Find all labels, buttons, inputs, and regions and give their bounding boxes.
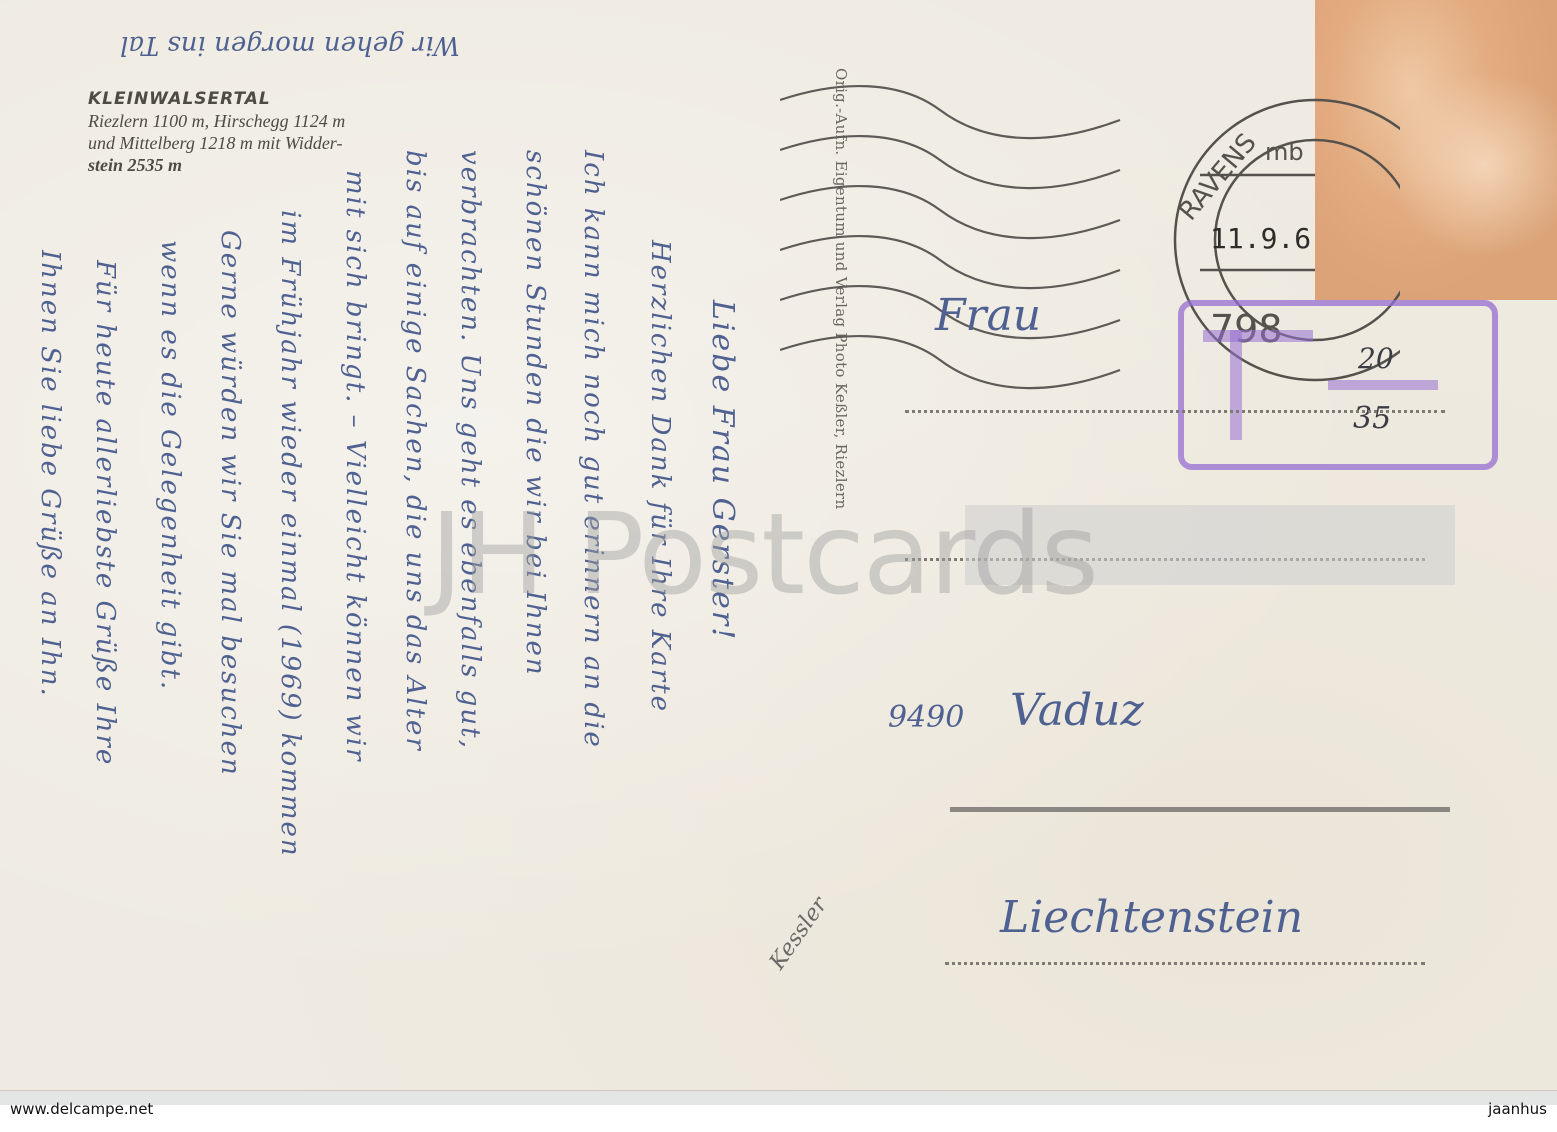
source-label-right: jaanhus	[1488, 1100, 1547, 1118]
photographer-signature: Kessler	[765, 893, 833, 975]
postage-due-mark: 20 35	[1178, 300, 1498, 470]
address-line-city	[950, 807, 1450, 812]
address-line-country	[945, 962, 1425, 965]
address-postcode: 9490	[888, 700, 964, 735]
message-line: Gerne würden wir Sie mal besuchen	[215, 230, 245, 777]
watermark: JH Postcards	[430, 490, 1097, 620]
caption-title: KLEINWALSERTAL	[88, 88, 345, 110]
message-line: Ich kann mich noch gut erinnern an die	[578, 150, 608, 749]
postmark-date: 11.9.6	[1210, 222, 1311, 255]
due-amount-top: 20	[1357, 342, 1394, 375]
postcard-back: KLEINWALSERTAL Riezlern 1100 m, Hirscheg…	[0, 0, 1557, 1090]
caption-line-2: und Mittelberg 1218 m mit Widder-	[88, 132, 345, 154]
message-line: mit sich bringt. – Vielleicht können wir	[340, 170, 370, 763]
due-amount-bottom: 35	[1353, 401, 1391, 436]
scan-edge	[0, 1090, 1557, 1105]
caption-line-3: stein 2535 m	[88, 154, 345, 176]
printed-caption: KLEINWALSERTAL Riezlern 1100 m, Hirscheg…	[88, 88, 345, 176]
address-country: Liechtenstein	[1000, 892, 1303, 943]
address-salutation: Frau	[935, 290, 1041, 341]
message-line: im Frühjahr wieder einmal (1969) kommen	[275, 210, 305, 858]
address-city: Vaduz	[1010, 685, 1144, 736]
message-line: verbrachten. Uns geht es ebenfalls gut,	[455, 150, 485, 750]
source-label-left: www.delcampe.net	[10, 1100, 153, 1118]
message-line: wenn es die Gelegenheit gibt.	[155, 240, 185, 691]
postmark-code: mb	[1265, 138, 1304, 166]
cancellation-waves	[780, 80, 1140, 400]
address-line-1	[905, 410, 1445, 413]
handwritten-top-line: Wir gehen morgen ins Tal	[120, 30, 460, 60]
message-line: Für heute allerliebste Grüße Ihre	[90, 260, 120, 766]
caption-line-1: Riezlern 1100 m, Hirschegg 1124 m	[88, 110, 345, 132]
message-line: Herzlichen Dank für Ihre Karte	[645, 240, 675, 713]
message-line: Ihnen Sie liebe Grüße an Ihn.	[35, 250, 65, 698]
message-line: bis auf einige Sachen, die uns das Alter	[400, 150, 430, 752]
